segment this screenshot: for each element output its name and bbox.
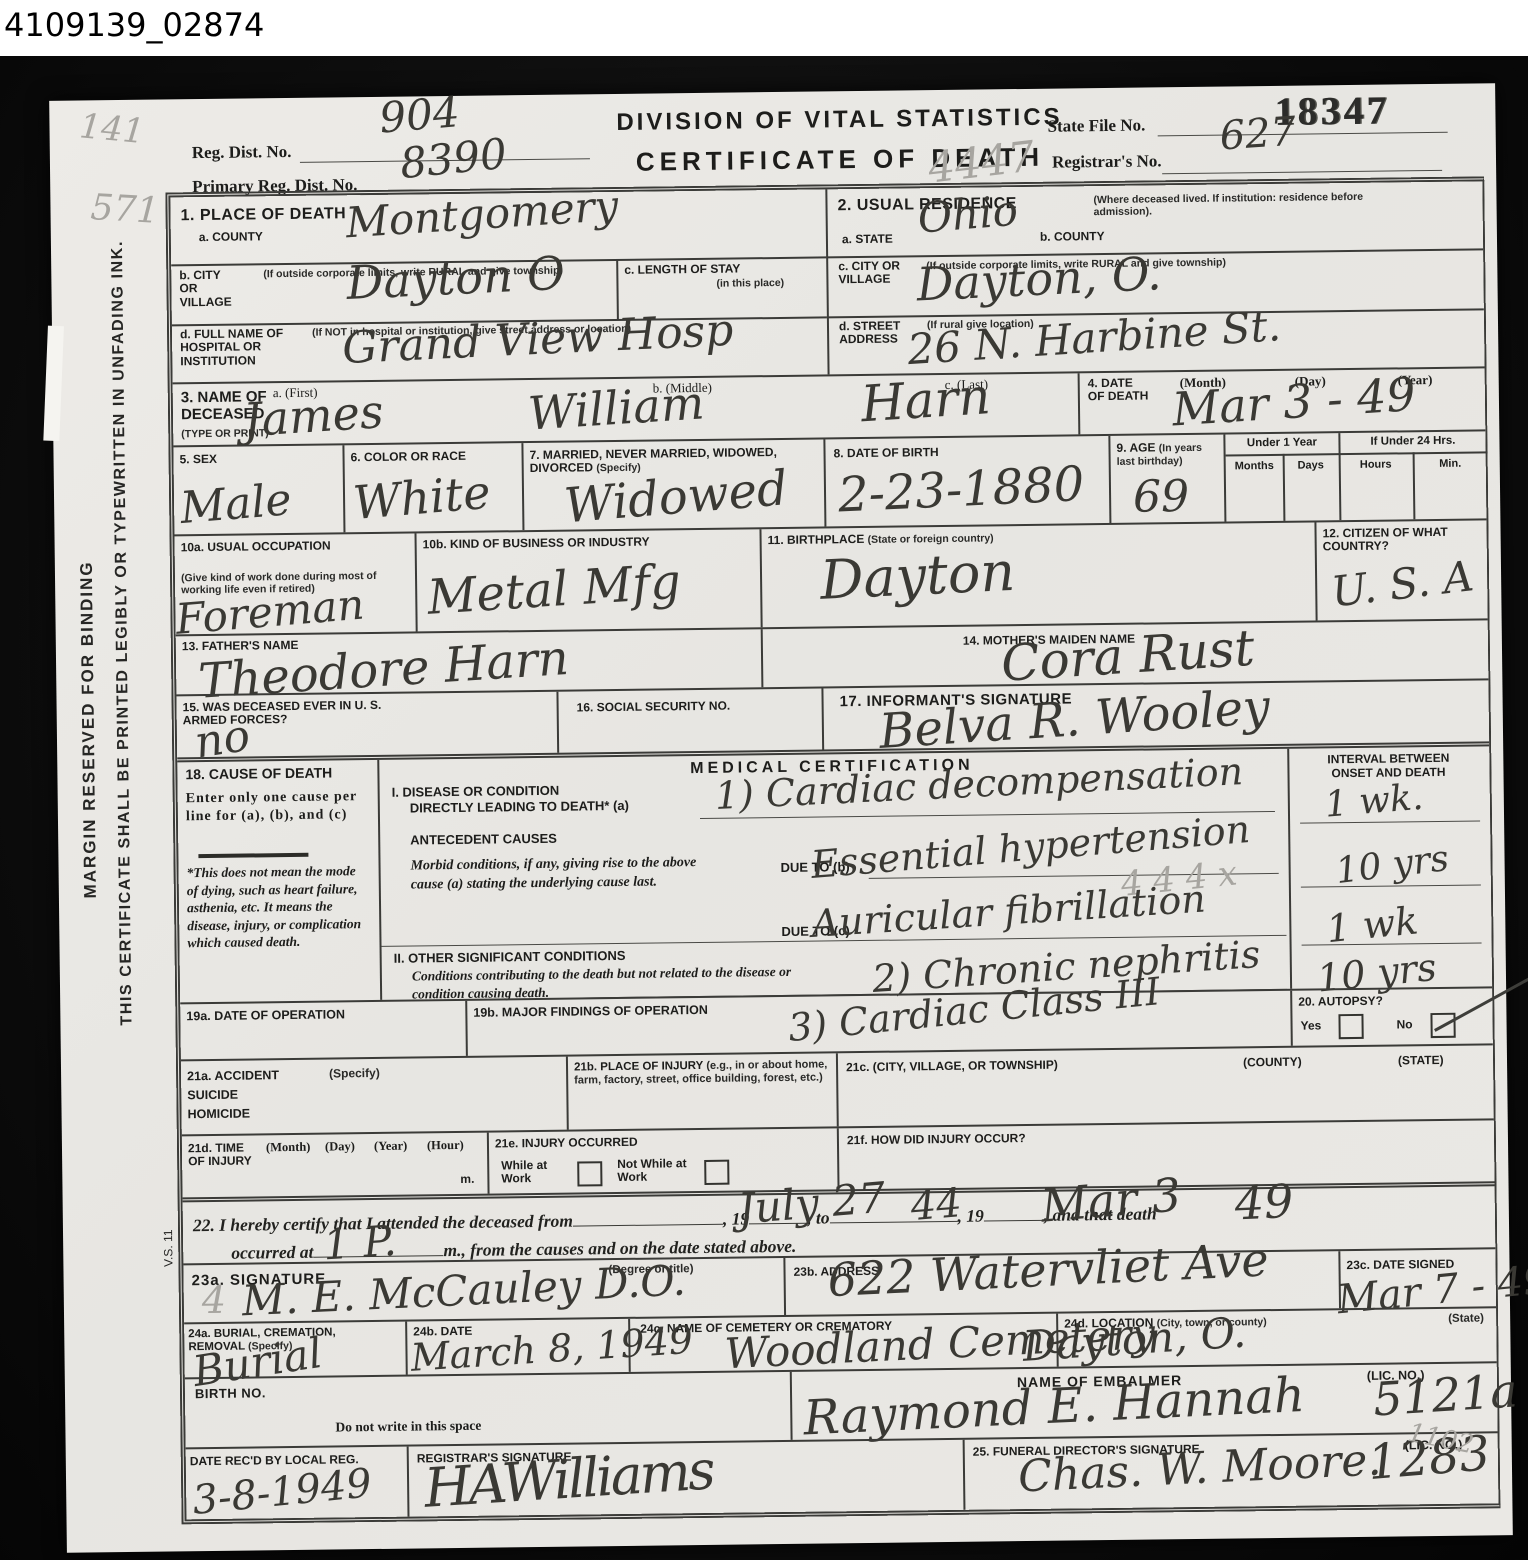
age-label-text: 9. AGE: [1116, 440, 1155, 454]
place-of-injury-label: 21b. PLACE OF INJURY (e.g., in or about …: [574, 1058, 836, 1087]
not-while-at-work-label: Not While at Work: [617, 1157, 689, 1185]
while-at-work-label: While at Work: [501, 1159, 563, 1187]
registrar-no-value: 627: [1218, 112, 1297, 157]
margin-pencil-note-2: 571: [90, 190, 161, 230]
residence-street-value: 26 N. Harbine St.: [906, 305, 1282, 371]
interval-c-value: 1 wk: [1325, 901, 1420, 948]
toi-hour-label: (Hour): [427, 1138, 464, 1152]
time-of-injury-label: 21d. TIME OF INJURY: [188, 1141, 260, 1169]
field-citizen: 12. CITIZEN OF WHAT COUNTRY? U. S. A: [1314, 520, 1487, 620]
residence-state-label: a. STATE: [842, 233, 893, 247]
field-accident-suicide-homicide: 21a. ACCIDENT SUICIDE HOMICIDE (Specify): [181, 1057, 567, 1135]
residence-city-label: c. CITY OR VILLAGE: [838, 260, 900, 288]
form-number-label: V.S. 11: [161, 1229, 175, 1267]
field-age-detail: Under 1 Year If Under 24 Hrs. Months Day…: [1223, 431, 1486, 521]
residence-note: (Where deceased lived. If institution: r…: [1093, 190, 1403, 218]
death-hour-value: 1 P.: [322, 1220, 398, 1267]
county-value: Montgomery: [345, 185, 620, 245]
injury-city-label: 21c. (CITY, VILLAGE, OR TOWNSHIP): [846, 1059, 1058, 1075]
scan-header-bar: 4109139_02874: [0, 0, 1528, 56]
race-label: 6. COLOR OR RACE: [350, 450, 465, 465]
field-time-of-injury: 21d. TIME OF INJURY (Month) (Day) (Year)…: [182, 1133, 488, 1198]
field-name-of-deceased: 3. NAME OF DECEASED (TYPE OR PRINT) a. (…: [173, 373, 1079, 445]
field-residence-street: d. STREET ADDRESS (If rural give locatio…: [827, 308, 1485, 374]
interval-b-line: [1301, 884, 1481, 887]
dob-value: 2-23-1880: [837, 460, 1085, 520]
row-medical-certification: 18. CAUSE OF DEATH Enter only one cause …: [177, 741, 1492, 1002]
field-marital-status: 7. MARRIED, NEVER MARRIED, WIDOWED, DIVO…: [521, 439, 824, 530]
residence-city-value: Dayton, O.: [915, 250, 1162, 307]
registrar-no-line: [1162, 170, 1442, 174]
birthplace-value: Dayton: [819, 545, 1016, 608]
birth-no-label: BIRTH NO.: [195, 1386, 266, 1401]
under-24-hrs-label: If Under 24 Hrs.: [1338, 434, 1487, 449]
field-birth-no: BIRTH NO. Do not write in this space: [185, 1372, 791, 1447]
field-father-name: 13. FATHER'S NAME Theodore Harn: [176, 629, 762, 694]
date-of-operation-label: 19a. DATE OF OPERATION: [186, 1007, 386, 1023]
city-label: b. CITY OR VILLAGE: [179, 269, 241, 310]
field-mother-name: 14. MOTHER'S MAIDEN NAME Cora Rust: [761, 620, 1489, 687]
autopsy-yes-checkbox: [1338, 1014, 1363, 1039]
page-id-label: 4109139_02874: [4, 6, 264, 44]
occupation-label: 10a. USUAL OCCUPATION: [181, 539, 331, 554]
last-name-value: Harn: [859, 371, 991, 429]
field-residence-city: c. CITY OR VILLAGE (If outside corporate…: [826, 248, 1484, 316]
sex-label: 5. SEX: [179, 453, 217, 467]
dod-value: Mar 3 - 49: [1171, 371, 1417, 433]
paper-tear: [43, 326, 64, 442]
field-cause-of-death: 18. CAUSE OF DEATH Enter only one cause …: [177, 760, 380, 1002]
signature-pencil-note: 4: [202, 1281, 227, 1319]
margin-binding-text: MARGIN RESERVED FOR BINDING: [77, 560, 101, 898]
interval-column: INTERVAL BETWEEN ONSET AND DEATH 1 wk. 1…: [1287, 746, 1492, 988]
injury-occurred-label: 21e. INJURY OCCURRED: [495, 1136, 638, 1151]
row-registrar: DATE REC'D BY LOCAL REG. REGISTRAR'S SIG…: [186, 1431, 1499, 1519]
field-place-of-death: 1. PLACE OF DEATH a. COUNTY Montgomery b…: [170, 189, 827, 382]
autopsy-no-label: No: [1396, 1018, 1412, 1032]
field-sex: 5. SEX Male: [173, 445, 343, 534]
industry-value: Metal Mfg: [426, 558, 682, 622]
reg-dist-label: Reg. Dist. No.: [192, 142, 292, 162]
field-ssn: 16. SOCIAL SECURITY NO.: [556, 688, 822, 752]
residence-county-label: b. COUNTY: [1040, 230, 1105, 244]
place-of-injury-label-text: 21b. PLACE OF INJURY: [574, 1060, 703, 1074]
certify-seg-6: occurred at: [231, 1242, 313, 1263]
attended-to-year: 49: [1234, 1178, 1295, 1227]
not-while-at-work-checkbox: [704, 1160, 729, 1185]
field-birthplace: 11. BIRTHPLACE (State or foreign country…: [759, 522, 1315, 627]
length-of-stay-note: (in this place): [716, 277, 784, 290]
ssn-label: 16. SOCIAL SECURITY NO.: [577, 700, 731, 715]
disease-label-1: I. DISEASE OR CONDITION: [392, 784, 560, 801]
field-date-signed: 23c. DATE SIGNED Mar 7 - 49: [1338, 1249, 1496, 1308]
attended-from-year: 44: [909, 1183, 963, 1227]
medical-certification-block: MEDICAL CERTIFICATION I. DISEASE OR COND…: [377, 749, 1290, 1000]
days-label: Days: [1283, 459, 1339, 472]
dod-label: 4. DATE OF DEATH: [1088, 376, 1150, 404]
reg-dist-value: 904: [378, 91, 461, 139]
certificate-form: 1. PLACE OF DEATH a. COUNTY Montgomery b…: [165, 176, 1500, 1524]
field-date-of-death: 4. DATE OF DEATH (Month) (Day) (Year) Ma…: [1078, 368, 1486, 434]
toi-day-label: (Day): [325, 1139, 355, 1153]
sex-value: Male: [179, 478, 294, 531]
length-of-stay-label: c. LENGTH OF STAY: [624, 262, 784, 277]
min-label: Min.: [1413, 457, 1488, 470]
age-label: 9. AGE (In years last birthday): [1116, 441, 1221, 469]
field-industry: 10b. KIND OF BUSINESS OR INDUSTRY Metal …: [414, 529, 760, 631]
interval-a-value: 1 wk.: [1324, 780, 1425, 824]
age-value: 69: [1133, 475, 1190, 520]
field-place-of-injury: 21b. PLACE OF INJURY (e.g., in or about …: [566, 1053, 837, 1129]
certificate-paper: MARGIN RESERVED FOR BINDING THIS CERTIFI…: [49, 83, 1513, 1553]
cause-rule: [198, 853, 308, 858]
row-occupation: 10a. USUAL OCCUPATION (Give kind of work…: [174, 518, 1487, 634]
how-injury-label: 21f. HOW DID INJURY OCCUR?: [847, 1132, 1026, 1148]
signature-value: M. E. McCauley D.O.: [241, 1259, 687, 1322]
field-autopsy: 20. AUTOPSY? Yes No: [1290, 988, 1493, 1045]
disease-label-2: DIRECTLY LEADING TO DEATH* (a): [410, 799, 629, 816]
mother-value: Cora Rust: [1000, 623, 1256, 689]
blank-from: [573, 1208, 723, 1227]
injury-county-label: (COUNTY): [1243, 1056, 1302, 1070]
residence-street-label: d. STREET ADDRESS: [839, 319, 909, 347]
cause-text-2: *This does not mean the mode of dying, s…: [187, 862, 368, 952]
autopsy-label: 20. AUTOPSY?: [1298, 995, 1383, 1009]
citizen-value: U. S. A: [1329, 555, 1475, 613]
field-injury-location: 21c. (CITY, VILLAGE, OR TOWNSHIP) (COUNT…: [836, 1045, 1494, 1126]
race-value: White: [351, 469, 492, 526]
morbid-note: Morbid conditions, if any, giving rise t…: [410, 854, 725, 896]
field-age: 9. AGE (In years last birthday) 69: [1108, 435, 1224, 523]
blank-to-year: [984, 1204, 1044, 1222]
citizen-label: 12. CITIZEN OF WHAT COUNTRY?: [1322, 526, 1472, 555]
industry-label: 10b. KIND OF BUSINESS OR INDUSTRY: [423, 534, 743, 551]
row-place-residence: 1. PLACE OF DEATH a. COUNTY Montgomery b…: [170, 181, 1484, 382]
interval-b-value: 10 yrs: [1334, 841, 1451, 890]
other-conditions-label: II. OTHER SIGNIFICANT CONDITIONS: [394, 949, 626, 966]
field-usual-residence: 2. USUAL RESIDENCE (Where deceased lived…: [825, 181, 1484, 374]
dob-label: 8. DATE OF BIRTH: [833, 446, 938, 461]
margin-legibly-text: THIS CERTIFICATE SHALL BE PRINTED LEGIBL…: [109, 240, 137, 1026]
field-hospital-name: d. FULL NAME OF HOSPITAL OR INSTITUTION …: [172, 316, 828, 382]
field-date-of-operation: 19a. DATE OF OPERATION: [180, 1001, 466, 1059]
toi-m-label: m.: [460, 1173, 474, 1187]
field-major-findings: 19b. MAJOR FINDINGS OF OPERATION 3) Card…: [465, 991, 1291, 1056]
middle-name-value: William: [527, 379, 706, 436]
margin-pencil-note-1: 141: [78, 109, 146, 149]
while-at-work-checkbox: [577, 1161, 602, 1186]
primary-reg-value: 8390: [398, 133, 509, 185]
registrar-no-label: Registrar's No.: [1052, 151, 1162, 171]
accident-note: (Specify): [329, 1067, 380, 1081]
row-demographics: 5. SEX Male 6. COLOR OR RACE White 7. MA…: [173, 429, 1486, 534]
antecedent-label: ANTECEDENT CAUSES: [410, 832, 557, 848]
cause-text-1: Enter only one cause per line for (a), (…: [186, 788, 366, 827]
injury-state-label: (STATE): [1398, 1054, 1444, 1068]
scan-background: MARGIN RESERVED FOR BINDING THIS CERTIFI…: [0, 56, 1528, 1560]
hospital-label: d. FULL NAME OF HOSPITAL OR INSTITUTION: [180, 327, 305, 369]
field-date-of-birth: 8. DATE OF BIRTH 2-23-1880: [823, 436, 1109, 526]
under-1-year-label: Under 1 Year: [1225, 436, 1338, 450]
toi-year-label: (Year): [374, 1139, 407, 1153]
field-occupation: 10a. USUAL OCCUPATION (Give kind of work…: [175, 533, 416, 634]
field-race: 6. COLOR OR RACE White: [342, 443, 522, 532]
city-value: Dayton O: [345, 250, 565, 306]
field-signature: 23a. SIGNATURE (Degree or title) 4 M. E.…: [183, 1258, 784, 1322]
accident-label: 21a. ACCIDENT SUICIDE HOMICIDE: [187, 1066, 303, 1124]
cause-label: 18. CAUSE OF DEATH: [185, 765, 332, 782]
major-findings-label: 19b. MAJOR FINDINGS OF OPERATION: [473, 1003, 708, 1020]
autopsy-yes-label: Yes: [1301, 1019, 1322, 1033]
place-of-death-title: 1. PLACE OF DEATH: [180, 205, 346, 225]
attended-from-value: July 27: [736, 1177, 887, 1231]
attended-to-value: Mar 3: [1039, 1171, 1183, 1228]
county-label: a. COUNTY: [199, 230, 263, 244]
birthplace-label-text: 11. BIRTHPLACE: [768, 532, 865, 547]
field-informant: 17. INFORMANT'S SIGNATURE Belva R. Woole…: [821, 680, 1489, 749]
divider: [1226, 451, 1488, 456]
months-label: Months: [1226, 460, 1283, 473]
embalmer-lic-value: 5121a: [1372, 1367, 1519, 1422]
hours-label: Hours: [1339, 458, 1413, 471]
cause-c-value: Auricular fibrillation: [810, 880, 1206, 943]
state-file-label: State File No.: [1047, 115, 1145, 135]
residence-state-value: Ohio: [916, 190, 1019, 240]
field-address: 23b. ADDRESS 622 Watervliet Ave: [783, 1251, 1339, 1315]
field-armed-forces: 15. WAS DECEASED EVER IN U. S. ARMED FOR…: [176, 692, 557, 758]
location-state-note: (State): [1448, 1312, 1484, 1326]
do-not-write-note: Do not write in this space: [335, 1418, 481, 1435]
first-name-value: James: [242, 388, 385, 443]
toi-month-label: (Month): [266, 1140, 311, 1155]
